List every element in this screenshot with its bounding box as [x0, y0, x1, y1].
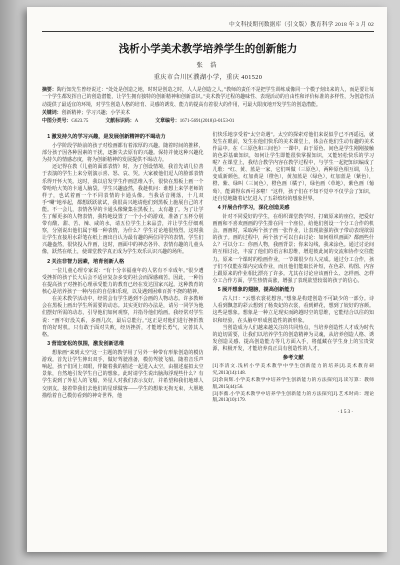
- clc-value: G623.75: [71, 119, 88, 124]
- article-id: 文章编号：1671-5691(2018)3-0153-01: [155, 118, 234, 125]
- paragraph: 古人曰：“云想衣裳花想容。”想象是构建创造不可缺少的一部分。诗人看到飘忽的彩云想…: [213, 296, 375, 324]
- section-heading-3: 3 营造宽松的氛围，激发创新思维: [42, 341, 204, 348]
- article-title: 浅析小学美术教学培养学生的创新能力: [42, 41, 374, 56]
- body-columns: 1 激发持久的学习兴趣，是发展创新精神的不竭动力 小学阶段学龄前的孩子对绘画都有…: [42, 132, 374, 417]
- section-heading-5: 5 展开想象的翅膀，提高创新能力: [213, 287, 375, 294]
- author-affiliation: 重庆市合川区濮湖小学，重庆 401520: [42, 72, 374, 81]
- keywords: 关键词：创新精神；学习兴趣；小学美术: [42, 110, 374, 117]
- references-heading: 参考文献: [213, 355, 375, 362]
- paragraph: 想象画“来到太空”这一主题的教学用了另外一种带有形象创造的模仿游戏。首先让学生伸…: [42, 350, 204, 400]
- paragraph: 还记得在教《儿童的面部表情》时，为了创设情境，我首先请几位善于表演的学生上来分别…: [42, 164, 204, 256]
- reference-item: [3]李薇.小学美术教学中培养学生创新能力的方法探究[J].艺术时尚：理论版,2…: [213, 392, 375, 406]
- paragraph: 在美术教学活动中，经常会有学生遇到不会画的人物动态。许多教师会在黑板上画出学生所…: [42, 296, 204, 339]
- paragraph: 针对不同爱好的学生，在组织课堂教学时，打破原来的座位，把爱好画画和不喜欢画画的学…: [213, 214, 375, 285]
- paragraph: 当创造成为人们越来越关注的共同热点，当培养创造性人才成为时代的迫切需要，让我们以…: [213, 325, 375, 353]
- classification-row: 中图分类号：G623.75 文献标识码：A 文章编号：1671-5691(201…: [42, 118, 374, 125]
- keywords-label: 关键词：: [42, 111, 62, 116]
- page-content: 中文科技期刊数据库（引文版）教育科学 2018 年 3 月 02 浅析小学美术教…: [27, 7, 387, 417]
- abstract: 摘要：陶行知先生曾经说过：“处处是创造之地，时时是创造之时，人人是创造之人。”教…: [42, 87, 374, 109]
- left-column: 1 激发持久的学习兴趣，是发展创新精神的不竭动力 小学阶段学龄前的孩子对绘画都有…: [42, 132, 204, 417]
- section-heading-1: 1 激发持久的学习兴趣，是发展创新精神的不竭动力: [42, 134, 204, 141]
- paragraph: 一位儿童心理专家说：“有十分幸福童年的人常有不幸成年。”很少遭受挫折的孩子长大后…: [42, 268, 204, 296]
- reference-item: [2]余尚辉.小学美术教学中培养学生创新能力的方法探究[J].读写算：教师版,2…: [213, 378, 375, 392]
- keywords-text: 创新精神；学习兴趣；小学美术: [62, 111, 130, 116]
- author-name: 张 浩: [42, 60, 374, 69]
- right-column: 们快乐地享受着“太空奇遇”。太空的探索对他们来说似乎已不再遥远，就发生在眼前，发…: [213, 132, 375, 417]
- clc-number: 中图分类号：G623.75: [42, 118, 88, 125]
- front-matter: 摘要：陶行知先生曾经说过：“处处是创造之地，时时是创造之时，人人是创造之人。”教…: [42, 87, 374, 126]
- paper-page: 中文科技期刊数据库（引文版）教育科学 2018 年 3 月 02 浅析小学美术教…: [27, 7, 387, 552]
- header-divider: [42, 31, 374, 32]
- article-id-label: 文章编号：: [155, 119, 179, 124]
- abstract-text: 陶行知先生曾经说过：“处处是创造之地，时时是创造之时，人人是创造之人。”教师的责…: [42, 88, 374, 108]
- reference-item: [1]李清文.浅析小学美术教学中学生创新能力的培养[J].美术教育研究,2013…: [213, 364, 375, 378]
- journal-header: 中文科技期刊数据库（引文版）教育科学 2018 年 3 月 02: [42, 20, 374, 28]
- page-number: ·153·: [213, 405, 375, 417]
- paragraph-continuation: 们快乐地享受着“太空奇遇”。太空的探索对他们来说似乎已不再遥远，就发生在眼前，发…: [213, 132, 375, 203]
- paragraph: 小学阶段学龄前的孩子对绘画都有着浓厚的兴趣。随着时间的推移，部分孩子因各种因素的…: [42, 143, 204, 164]
- section-heading-4: 4 开展合作学习，深化创造灵感: [213, 205, 375, 212]
- section-heading-2: 2 关注非智力因素，培育创新人格: [42, 259, 204, 266]
- article-id-value: 1671-5691(2018)3-0153-01: [180, 119, 235, 124]
- document-code-value: A: [135, 119, 139, 124]
- abstract-label: 摘要：: [42, 88, 57, 93]
- clc-label: 中图分类号：: [42, 119, 71, 124]
- document-code-label: 文献标识码：: [105, 119, 134, 124]
- document-code: 文献标识码：A: [105, 118, 138, 125]
